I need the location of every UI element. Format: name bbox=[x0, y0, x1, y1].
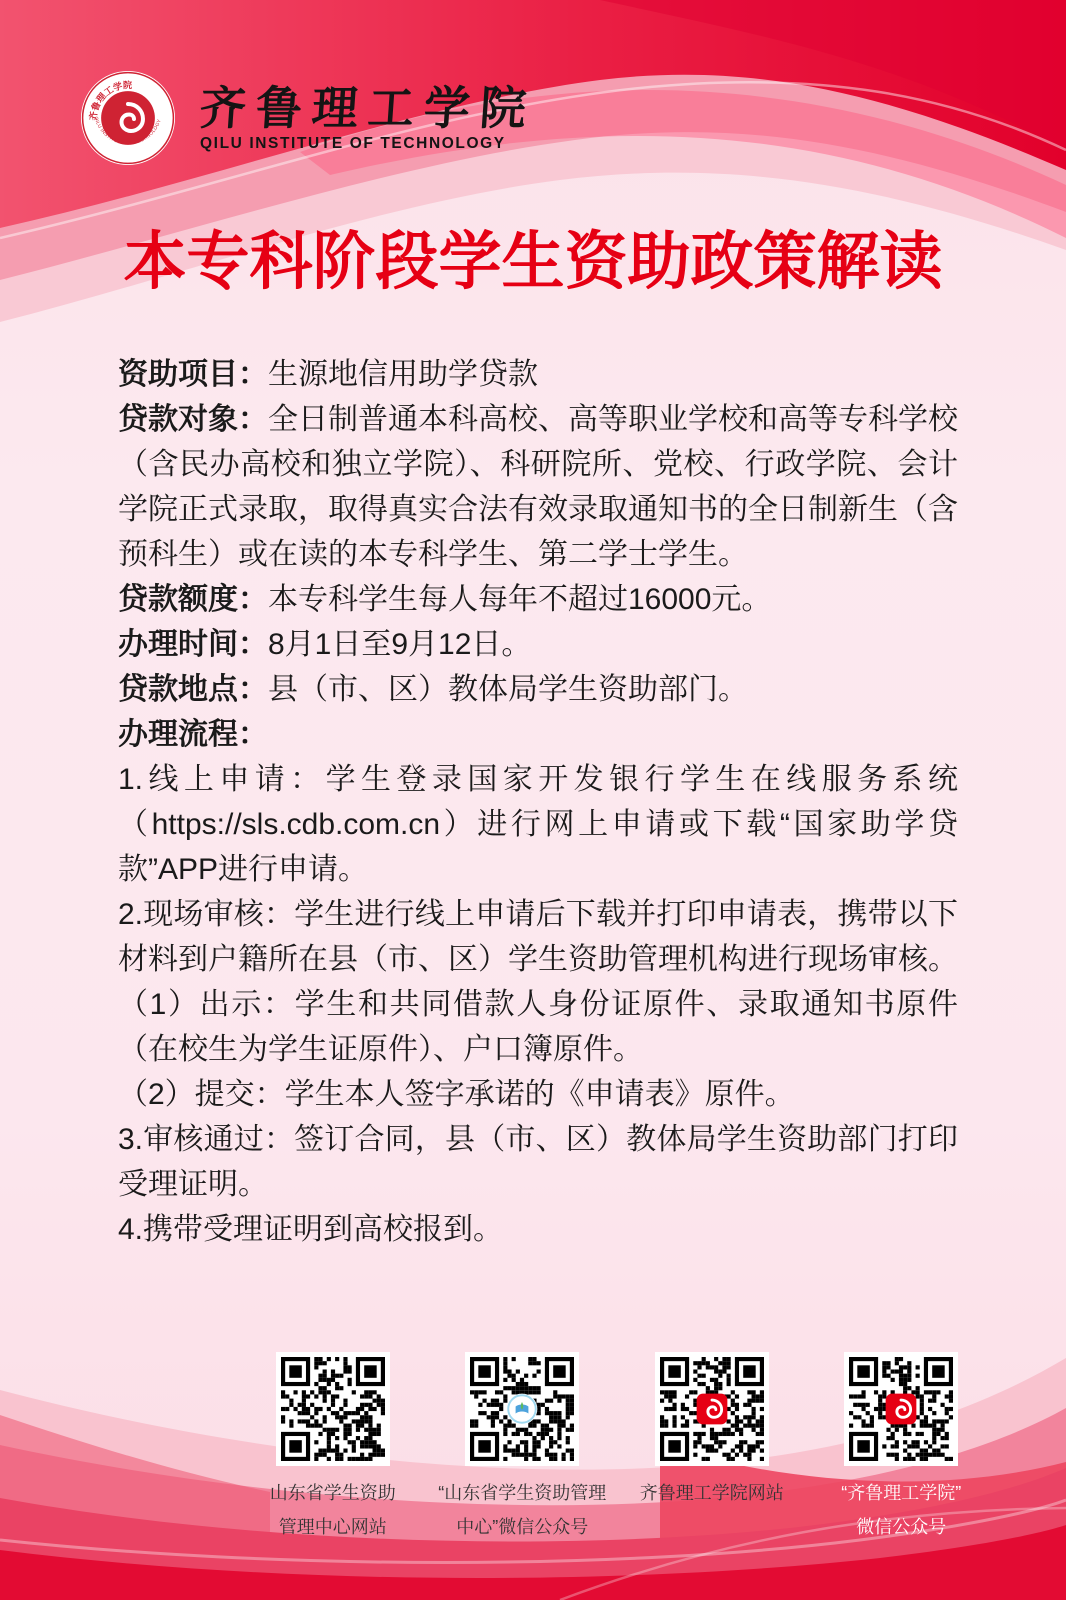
paragraph-text: （1）出示：学生和共同借款人身份证原件、录取通知书原件（在校生为学生证原件）、户… bbox=[118, 988, 958, 1066]
paragraph-handle-time: 办理时间：8月1日至9月12日。 bbox=[118, 622, 958, 667]
paragraph-step-2-submit: （2）提交：学生本人签字承诺的《申请表》原件。 bbox=[118, 1072, 958, 1117]
qr-code-aid-center-wechat bbox=[465, 1352, 579, 1466]
paragraph-step-4: 4.携带受理证明到高校报到。 bbox=[118, 1207, 958, 1252]
paragraph-text: 3.审核通过：签订合同，县（市、区）教体局学生资助部门打印受理证明。 bbox=[118, 1123, 958, 1201]
paragraph-text: （2）提交：学生本人签字承诺的《申请表》原件。 bbox=[118, 1078, 795, 1111]
qr-item-qilu-wechat: “齐鲁理工学院” 微信公众号 bbox=[807, 1352, 997, 1544]
paragraph-label: 资助项目： bbox=[118, 358, 268, 391]
paragraph-label: 贷款地点： bbox=[118, 673, 268, 706]
paragraph-loan-target: 贷款对象：全日制普通本科高校、高等职业学校和高等专科学校（含民办高校和独立学院）… bbox=[118, 397, 958, 577]
qilu-logo-icon bbox=[885, 1393, 917, 1425]
qr-item-aid-center-website: 山东省学生资助 管理中心网站 bbox=[238, 1352, 428, 1544]
qr-code-aid-center-website bbox=[276, 1352, 390, 1466]
paragraph-step-1: 1.线上申请：学生登录国家开发银行学生在线服务系统（https://sls.cd… bbox=[118, 757, 958, 892]
paragraph-label: 办理流程： bbox=[118, 718, 268, 751]
qr-label: 山东省学生资助 管理中心网站 bbox=[270, 1476, 396, 1544]
qr-item-aid-center-wechat: “山东省学生资助管理 中心”微信公众号 bbox=[428, 1352, 618, 1544]
paragraph-text: 本专科学生每人每年不超过16000元。 bbox=[268, 583, 771, 616]
paragraph-text: 县（市、区）教体局学生资助部门。 bbox=[268, 673, 748, 706]
qr-pattern bbox=[281, 1357, 385, 1461]
qr-label-line2: 微信公众号 bbox=[856, 1517, 946, 1537]
qr-code-qilu-wechat bbox=[844, 1352, 958, 1466]
qr-code-qilu-website bbox=[655, 1352, 769, 1466]
qr-label: 齐鲁理工学院网站 bbox=[640, 1476, 784, 1510]
paragraph-label: 办理时间： bbox=[118, 628, 268, 661]
school-name: 齐鲁理工学院 QILU INSTITUTE OF TECHNOLOGY bbox=[200, 83, 536, 154]
qr-label-line1: “山东省学生资助管理 bbox=[438, 1483, 606, 1503]
qr-label-line1: “齐鲁理工学院” bbox=[841, 1483, 961, 1503]
paragraph-text: 1.线上申请：学生登录国家开发银行学生在线服务系统（https://sls.cd… bbox=[118, 763, 958, 886]
qr-item-qilu-website: 齐鲁理工学院网站 bbox=[617, 1352, 807, 1544]
qilu-logo-icon bbox=[696, 1393, 728, 1425]
aid-center-logo-icon bbox=[506, 1393, 538, 1425]
qr-label-line2: 中心”微信公众号 bbox=[456, 1517, 588, 1537]
paragraph-aid-project: 资助项目：生源地信用助学贷款 bbox=[118, 352, 958, 397]
school-emblem-icon: 齐鲁理工学院 QILU INSTITUTE OF TECHNOLOGY bbox=[80, 70, 176, 166]
school-name-en: QILU INSTITUTE OF TECHNOLOGY bbox=[200, 135, 536, 153]
paragraph-step-3: 3.审核通过：签订合同，县（市、区）教体局学生资助部门打印受理证明。 bbox=[118, 1117, 958, 1207]
qr-label-line2: 管理中心网站 bbox=[279, 1517, 387, 1537]
qr-section: 山东省学生资助 管理中心网站 “山东省学生资助管理 中心”微信公众号 bbox=[238, 1352, 996, 1544]
paragraph-step-2: 2.现场审核：学生进行线上申请后下载并打印申请表，携带以下材料到户籍所在县（市、… bbox=[118, 892, 958, 982]
policy-content: 资助项目：生源地信用助学贷款 贷款对象：全日制普通本科高校、高等职业学校和高等专… bbox=[118, 352, 958, 1252]
paragraph-step-2-show: （1）出示：学生和共同借款人身份证原件、录取通知书原件（在校生为学生证原件）、户… bbox=[118, 982, 958, 1072]
school-name-cn: 齐鲁理工学院 bbox=[198, 83, 538, 134]
paragraph-text: 生源地信用助学贷款 bbox=[268, 358, 538, 391]
page-title: 本专科阶段学生资助政策解读 bbox=[0, 224, 1066, 300]
poster: 齐鲁理工学院 QILU INSTITUTE OF TECHNOLOGY 齐鲁理工… bbox=[0, 0, 1066, 1600]
qr-label: “齐鲁理工学院” 微信公众号 bbox=[841, 1476, 961, 1544]
qr-label: “山东省学生资助管理 中心”微信公众号 bbox=[438, 1476, 606, 1544]
school-logo: 齐鲁理工学院 QILU INSTITUTE OF TECHNOLOGY 齐鲁理工… bbox=[80, 70, 536, 166]
qr-label-line1: 山东省学生资助 bbox=[270, 1483, 396, 1503]
paragraph-label: 贷款对象： bbox=[118, 403, 268, 436]
paragraph-label: 贷款额度： bbox=[118, 583, 268, 616]
paragraph-text: 2.现场审核：学生进行线上申请后下载并打印申请表，携带以下材料到户籍所在县（市、… bbox=[118, 898, 958, 976]
paragraph-text: 4.携带受理证明到高校报到。 bbox=[118, 1213, 503, 1246]
qr-label-line1: 齐鲁理工学院网站 bbox=[640, 1483, 784, 1503]
paragraph-loan-amount: 贷款额度：本专科学生每人每年不超过16000元。 bbox=[118, 577, 958, 622]
paragraph-loan-place: 贷款地点：县（市、区）教体局学生资助部门。 bbox=[118, 667, 958, 712]
paragraph-process-heading: 办理流程： bbox=[118, 712, 958, 757]
top-wave-decoration bbox=[0, 0, 1066, 360]
paragraph-text: 8月1日至9月12日。 bbox=[268, 628, 531, 661]
